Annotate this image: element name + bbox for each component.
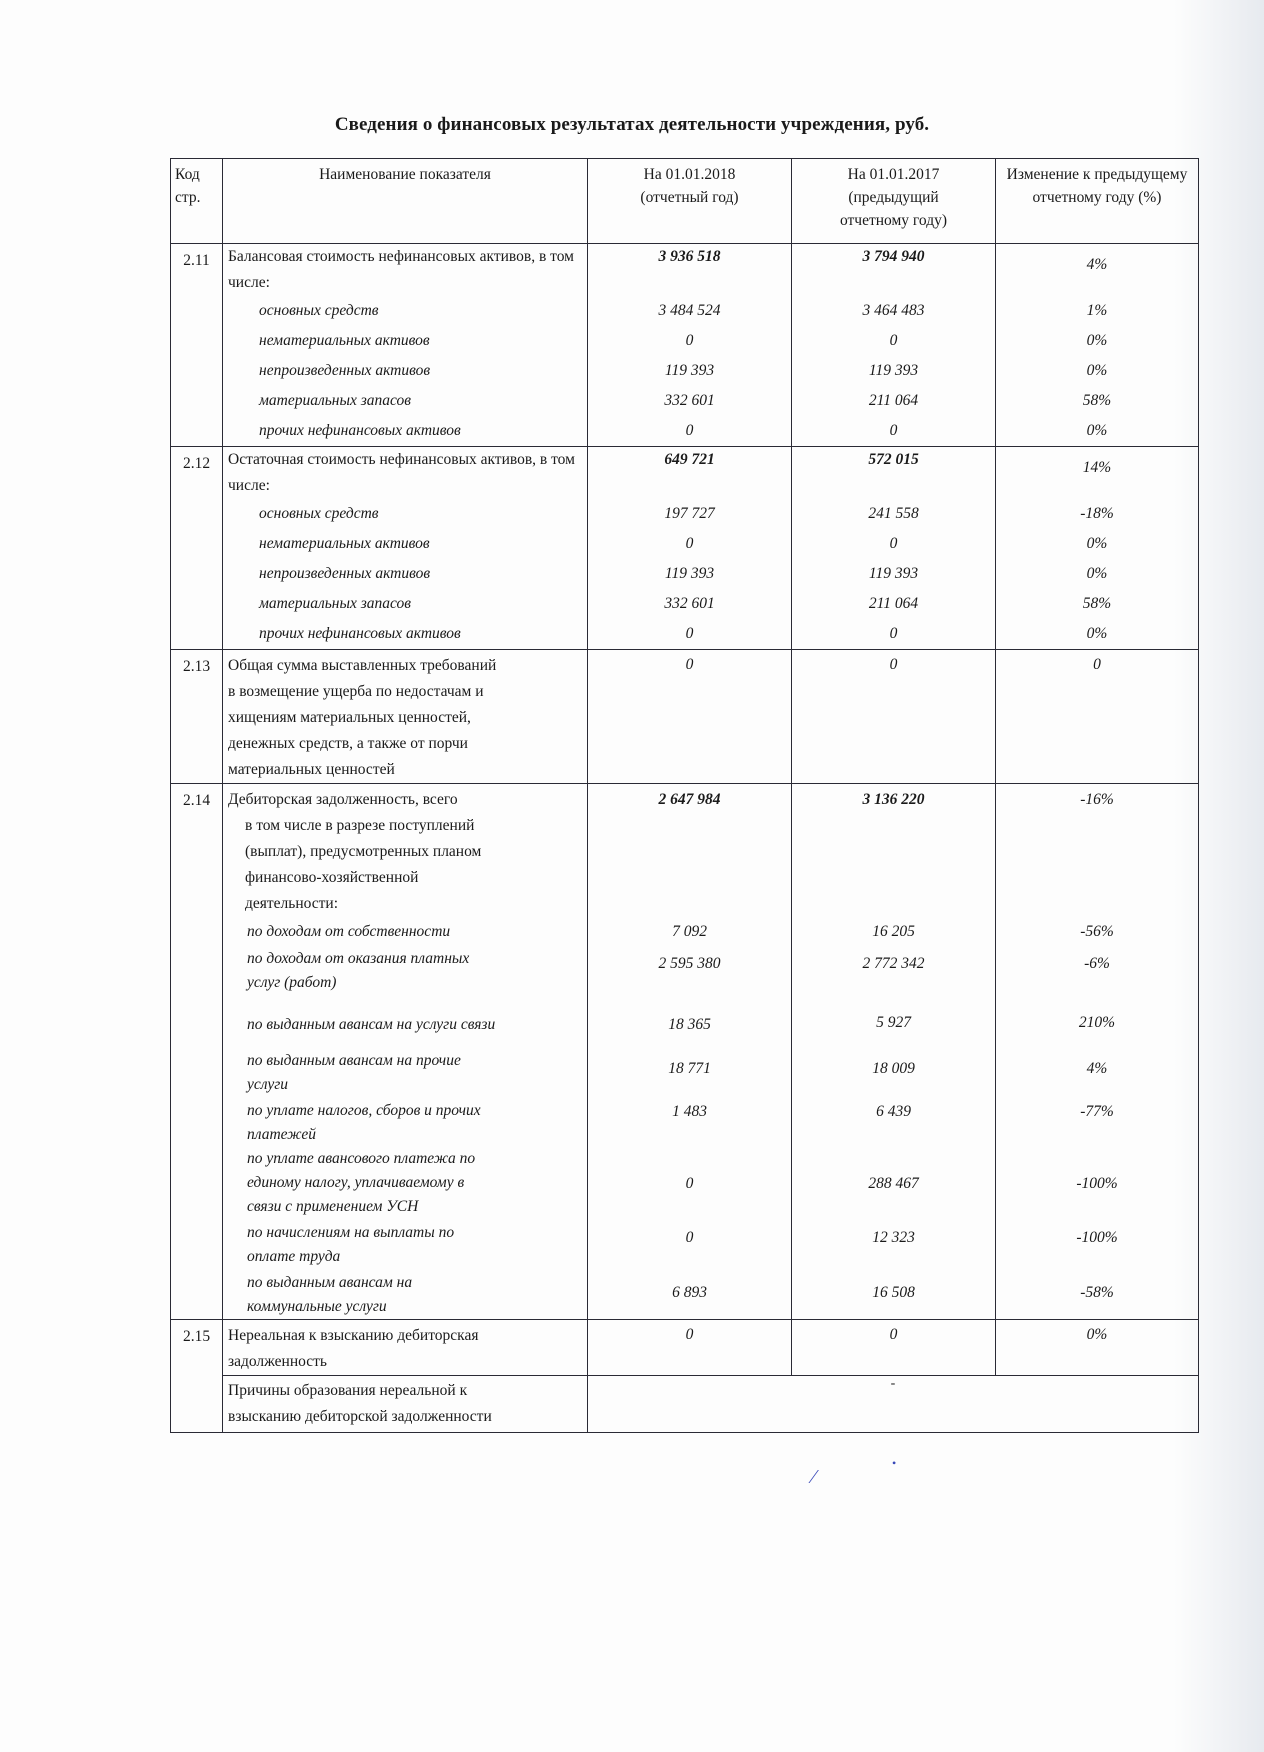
row-name: Нереальная к взысканию дебиторская задол… xyxy=(223,1320,588,1376)
table-header-row: Код стр. Наименование показателя На 01.0… xyxy=(171,159,1199,244)
item-label: прочих нефинансовых активов xyxy=(223,619,587,649)
section-total-current: 0 xyxy=(588,650,791,680)
header-previous-year: На 01.01.2017 (предыдущий отчетному году… xyxy=(792,159,996,244)
item-current: 0 xyxy=(588,1221,791,1271)
item-change: -6% xyxy=(996,947,1198,1001)
item-label: по выданным авансам на прочие xyxy=(223,1049,587,1073)
item-previous: 119 393 xyxy=(792,559,995,589)
item-label: по доходам от оказания платных xyxy=(223,947,587,971)
item-current: 3 484 524 xyxy=(588,296,791,326)
change-values: 14% -18% 0% 0% 58% 0% xyxy=(996,447,1199,650)
section-total-previous: 3 794 940 xyxy=(792,244,995,296)
item-label: прочих нефинансовых активов xyxy=(223,416,587,446)
previous-year-values: 572 015 241 558 0 119 393 211 064 0 xyxy=(792,447,996,650)
table-row-2-12: 2.12 Остаточная стоимость нефинансовых а… xyxy=(171,447,1199,650)
item-label: материальных запасов xyxy=(223,386,587,416)
item-current: 0 xyxy=(588,619,791,649)
reason-label-line: взысканию дебиторской задолженности xyxy=(223,1404,587,1430)
item-change: 4% xyxy=(996,1049,1198,1099)
item-previous: 211 064 xyxy=(792,589,995,619)
table-row-2-11: 2.11 Балансовая стоимость нефинансовых а… xyxy=(171,244,1199,447)
item-previous: 5 927 xyxy=(792,1001,995,1049)
item-label: основных средств xyxy=(223,296,587,326)
item-change: -18% xyxy=(996,499,1198,529)
item-current: 119 393 xyxy=(588,559,791,589)
item-change: -77% xyxy=(996,1099,1198,1147)
section-subtitle-line: (выплат), предусмотренных планом xyxy=(223,839,587,865)
item-label: по выданным авансам на услуги связи xyxy=(223,1001,587,1049)
item-current: 1 483 xyxy=(588,1099,791,1147)
change-values: 0 xyxy=(996,650,1199,784)
item-current: 119 393 xyxy=(588,356,791,386)
section-title: Остаточная стоимость нефинансовых активо… xyxy=(223,447,587,499)
header-current-year: На 01.01.2018 (отчетный год) xyxy=(588,159,792,244)
reason-label: Причины образования нереальной к взыскан… xyxy=(223,1376,588,1433)
section-change: 0 xyxy=(996,650,1198,680)
current-year-values: 3 936 518 3 484 524 0 119 393 332 601 0 xyxy=(588,244,792,447)
item-previous: 288 467 xyxy=(792,1147,995,1221)
item-change: 210% xyxy=(996,1001,1198,1049)
item-label: непроизведенных активов xyxy=(223,559,587,589)
item-label: платежей xyxy=(223,1123,587,1147)
item-current: 18 365 xyxy=(588,1001,791,1049)
current-year-values: 649 721 197 727 0 119 393 332 601 0 xyxy=(588,447,792,650)
section-title-line: денежных средств, а также от порчи xyxy=(223,731,587,757)
section-title: Балансовая стоимость нефинансовых активо… xyxy=(223,244,587,296)
item-current: 0 xyxy=(588,1147,791,1221)
section-subtitle-line: деятельности: xyxy=(223,891,587,917)
item-change: 1% xyxy=(996,296,1198,326)
item-label: связи с применением УСН xyxy=(223,1195,587,1221)
table-row-2-13: 2.13 Общая сумма выставленных требований… xyxy=(171,650,1199,784)
item-change: -100% xyxy=(996,1221,1198,1271)
item-previous: 211 064 xyxy=(792,386,995,416)
item-current: 0 xyxy=(588,529,791,559)
item-label: коммунальные услуги xyxy=(223,1295,587,1319)
row-code: 2.14 xyxy=(171,784,223,1320)
item-current: 197 727 xyxy=(588,499,791,529)
row-code: 2.15 xyxy=(171,1320,223,1433)
reason-value: - xyxy=(588,1376,1199,1433)
section-change: -16% xyxy=(996,787,1198,917)
previous-year-values: 3 136 220 16 205 2 772 342 5 927 18 009 … xyxy=(792,784,996,1320)
item-change: -56% xyxy=(996,917,1198,947)
pen-dot-icon: • xyxy=(892,1456,896,1471)
section-total-previous: 0 xyxy=(792,1320,995,1350)
current-year-values: 0 xyxy=(588,1320,792,1376)
row-name: Балансовая стоимость нефинансовых активо… xyxy=(223,244,588,447)
item-change: 0% xyxy=(996,619,1198,649)
current-year-values: 2 647 984 7 092 2 595 380 18 365 18 771 … xyxy=(588,784,792,1320)
item-previous: 16 205 xyxy=(792,917,995,947)
section-total-current: 0 xyxy=(588,1320,791,1350)
section-title-line: задолженность xyxy=(223,1349,587,1375)
section-subtitle-line: финансово-хозяйственной xyxy=(223,865,587,891)
section-total-current: 649 721 xyxy=(588,447,791,499)
item-label: по доходам от собственности xyxy=(223,917,587,947)
item-label: по уплате налогов, сборов и прочих xyxy=(223,1099,587,1123)
item-label: оплате труда xyxy=(223,1245,587,1271)
item-change: -58% xyxy=(996,1271,1198,1319)
item-previous: 16 508 xyxy=(792,1271,995,1319)
section-change: 14% xyxy=(996,447,1198,499)
row-name: Остаточная стоимость нефинансовых активо… xyxy=(223,447,588,650)
item-change: 58% xyxy=(996,589,1198,619)
item-current: 7 092 xyxy=(588,917,791,947)
item-current: 332 601 xyxy=(588,386,791,416)
section-total-previous: 3 136 220 xyxy=(792,787,995,917)
section-change: 0% xyxy=(996,1320,1198,1350)
item-change: -100% xyxy=(996,1147,1198,1221)
financial-results-table: Код стр. Наименование показателя На 01.0… xyxy=(170,158,1199,1433)
item-change: 0% xyxy=(996,356,1198,386)
section-subtitle-line: в том числе в разрезе поступлений xyxy=(223,813,587,839)
item-label: единому налогу, уплачиваемому в xyxy=(223,1171,587,1195)
item-label: материальных запасов xyxy=(223,589,587,619)
item-change: 0% xyxy=(996,529,1198,559)
item-previous: 0 xyxy=(792,619,995,649)
reason-label-line: Причины образования нереальной к xyxy=(223,1378,587,1404)
row-name: Общая сумма выставленных требований в во… xyxy=(223,650,588,784)
item-label: по начислениям на выплаты по xyxy=(223,1221,587,1245)
section-total-previous: 0 xyxy=(792,650,995,680)
header-change: Изменение к предыдущему отчетному году (… xyxy=(996,159,1199,244)
item-previous: 18 009 xyxy=(792,1049,995,1099)
section-total-current: 2 647 984 xyxy=(588,787,791,917)
item-previous: 0 xyxy=(792,529,995,559)
table-row-2-14: 2.14 Дебиторская задолженность, всего в … xyxy=(171,784,1199,1320)
item-previous: 3 464 483 xyxy=(792,296,995,326)
change-values: -16% -56% -6% 210% 4% -77% -100% -100% -… xyxy=(996,784,1199,1320)
header-name: Наименование показателя xyxy=(223,159,588,244)
item-label: основных средств xyxy=(223,499,587,529)
item-label: по уплате авансового платежа по xyxy=(223,1147,587,1171)
item-current: 0 xyxy=(588,416,791,446)
item-previous: 0 xyxy=(792,416,995,446)
section-total-previous: 572 015 xyxy=(792,447,995,499)
section-title-line: материальных ценностей xyxy=(223,757,587,783)
section-change: 4% xyxy=(996,244,1198,296)
item-previous: 241 558 xyxy=(792,499,995,529)
change-values: 4% 1% 0% 0% 58% 0% xyxy=(996,244,1199,447)
section-title-line: Нереальная к взысканию дебиторская xyxy=(223,1323,587,1349)
table-row-2-15: 2.15 Нереальная к взысканию дебиторская … xyxy=(171,1320,1199,1376)
item-current: 332 601 xyxy=(588,589,791,619)
item-current: 0 xyxy=(588,326,791,356)
current-year-values: 0 xyxy=(588,650,792,784)
item-previous: 2 772 342 xyxy=(792,947,995,1001)
previous-year-values: 3 794 940 3 464 483 0 119 393 211 064 0 xyxy=(792,244,996,447)
row-code: 2.11 xyxy=(171,244,223,447)
item-previous: 0 xyxy=(792,326,995,356)
section-title-line: Общая сумма выставленных требований xyxy=(223,653,587,679)
item-previous: 12 323 xyxy=(792,1221,995,1271)
previous-year-values: 0 xyxy=(792,1320,996,1376)
row-name: Дебиторская задолженность, всего в том ч… xyxy=(223,784,588,1320)
item-change: 0% xyxy=(996,559,1198,589)
section-title: Дебиторская задолженность, всего xyxy=(223,787,587,813)
item-previous: 6 439 xyxy=(792,1099,995,1147)
item-change: 0% xyxy=(996,416,1198,446)
row-code: 2.13 xyxy=(171,650,223,784)
section-title-line: хищениям материальных ценностей, xyxy=(223,705,587,731)
document-title: Сведения о финансовых результатах деятел… xyxy=(0,114,1264,136)
item-label: по выданным авансам на xyxy=(223,1271,587,1295)
change-values: 0% xyxy=(996,1320,1199,1376)
item-label: непроизведенных активов xyxy=(223,356,587,386)
item-change: 58% xyxy=(996,386,1198,416)
item-label: услуги xyxy=(223,1073,587,1099)
pen-mark-icon: ⁄ xyxy=(812,1466,815,1489)
section-title-line: в возмещение ущерба по недостачам и xyxy=(223,679,587,705)
row-code: 2.12 xyxy=(171,447,223,650)
item-label: нематериальных активов xyxy=(223,529,587,559)
header-code: Код стр. xyxy=(171,159,223,244)
previous-year-values: 0 xyxy=(792,650,996,784)
table-row-reasons: Причины образования нереальной к взыскан… xyxy=(171,1376,1199,1433)
item-label: нематериальных активов xyxy=(223,326,587,356)
item-change: 0% xyxy=(996,326,1198,356)
section-total-current: 3 936 518 xyxy=(588,244,791,296)
item-current: 18 771 xyxy=(588,1049,791,1099)
item-current: 2 595 380 xyxy=(588,947,791,1001)
item-current: 6 893 xyxy=(588,1271,791,1319)
item-previous: 119 393 xyxy=(792,356,995,386)
item-label: услуг (работ) xyxy=(223,971,587,1001)
